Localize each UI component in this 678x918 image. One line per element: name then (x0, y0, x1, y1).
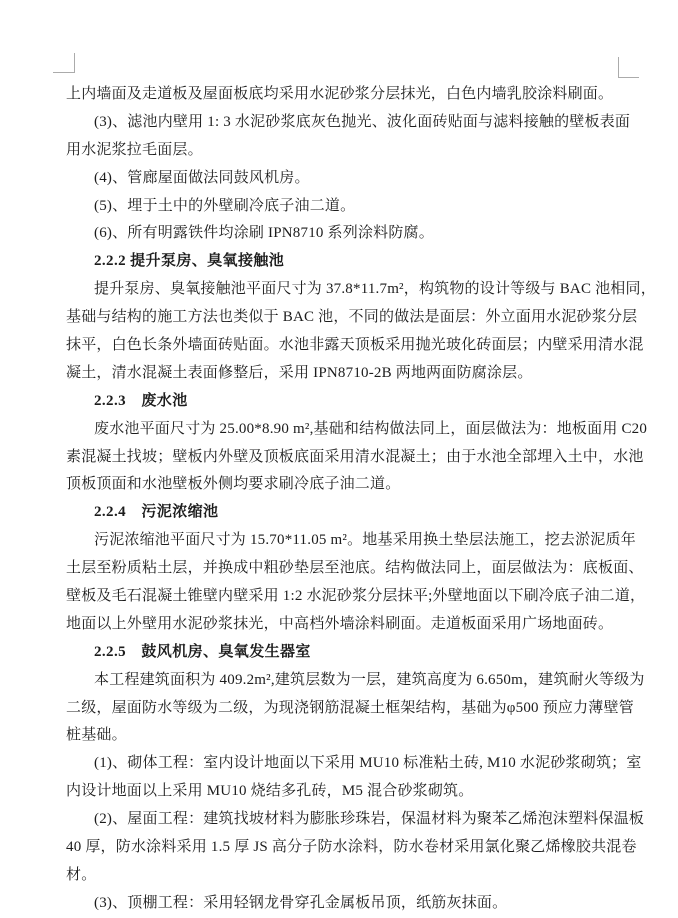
text-line: 素混凝土找坡；壁板内外壁及顶板底面采用清水混凝土；由于水池全部埋入土中，水池 (66, 444, 619, 472)
text-line: 土层至粉质粘土层，并换成中粗砂垫层至池底。结构做法同上，面层做法为：底板面、 (66, 555, 619, 583)
text-line: 基础与结构的施工方法也类似于 BAC 池，不同的做法是面层：外立面用水泥砂浆分层 (66, 304, 619, 332)
text-line: 二级，屋面防水等级为二级，为现浇钢筋混凝土框架结构，基础为φ500 预应力薄壁管 (66, 695, 619, 723)
text-line: 用水泥浆拉毛面层。 (66, 137, 619, 165)
section-heading: 2.2.2 提升泵房、臭氧接触池 (66, 248, 619, 276)
section-heading: 2.2.3 废水池 (66, 388, 619, 416)
text-line: (2)、屋面工程：建筑找坡材料为膨胀珍珠岩，保温材料为聚苯乙烯泡沫塑料保温板 (66, 806, 619, 834)
text-line: 废水池平面尺寸为 25.00*8.90 m²,基础和结构做法同上，面层做法为：地… (66, 416, 619, 444)
text-boundary-mark-top-left (53, 53, 75, 73)
document-page: 上内墙面及走道板及屋面板底均采用水泥砂浆分层抹光，白色内墙乳胶涂料刷面。 (3)… (0, 0, 678, 918)
text-boundary-mark-top-right (618, 57, 639, 78)
text-line: 上内墙面及走道板及屋面板底均采用水泥砂浆分层抹光，白色内墙乳胶涂料刷面。 (66, 81, 619, 109)
text-line: (5)、埋于土中的外壁刷冷底子油二道。 (66, 193, 619, 221)
text-line: 壁板及毛石混凝土锥壁内壁采用 1:2 水泥砂浆分层抹平;外壁地面以下刷冷底子油二… (66, 583, 619, 611)
text-line: (3)、滤池内壁用 1: 3 水泥砂浆底灰色抛光、波化面砖贴面与滤料接触的壁板表… (66, 109, 619, 137)
text-line: 凝土，清水混凝土表面修整后，采用 IPN8710-2B 两地两面防腐涂层。 (66, 360, 619, 388)
text-line: 顶板顶面和水池壁板外侧均要求刷冷底子油二道。 (66, 471, 619, 499)
text-line: (4)、管廊屋面做法同鼓风机房。 (66, 165, 619, 193)
text-line: 提升泵房、臭氧接触池平面尺寸为 37.8*11.7m²，构筑物的设计等级与 BA… (66, 276, 619, 304)
text-line: 桩基础。 (66, 722, 619, 750)
text-line: 本工程建筑面积为 409.2m²,建筑层数为一层，建筑高度为 6.650m，建筑… (66, 667, 619, 695)
text-line: 材。 (66, 862, 619, 890)
text-line: 抹平，白色长条外墙面砖贴面。水池非露天顶板采用抛光玻化砖面层；内壁采用清水混 (66, 332, 619, 360)
text-line: 内设计地面以上采用 MU10 烧结多孔砖，M5 混合砂浆砌筑。 (66, 778, 619, 806)
document-body: 上内墙面及走道板及屋面板底均采用水泥砂浆分层抹光，白色内墙乳胶涂料刷面。 (3)… (66, 81, 619, 918)
text-line: (3)、顶棚工程：采用轻钢龙骨穿孔金属板吊顶，纸筋灰抹面。 (66, 890, 619, 918)
text-line: (1)、砌体工程：室内设计地面以下采用 MU10 标准粘土砖, M10 水泥砂浆… (66, 750, 619, 778)
text-line: (6)、所有明露铁件均涂刷 IPN8710 系列涂料防腐。 (66, 220, 619, 248)
section-heading: 2.2.4 污泥浓缩池 (66, 499, 619, 527)
section-heading: 2.2.5 鼓风机房、臭氧发生器室 (66, 639, 619, 667)
text-line: 40 厚，防水涂料采用 1.5 厚 JS 高分子防水涂料，防水卷材采用氯化聚乙烯… (66, 834, 619, 862)
text-line: 污泥浓缩池平面尺寸为 15.70*11.05 m²。地基采用换土垫层法施工，挖去… (66, 527, 619, 555)
text-line: 地面以上外壁用水泥砂浆抹光，中高档外墙涂料刷面。走道板面采用广场地面砖。 (66, 611, 619, 639)
